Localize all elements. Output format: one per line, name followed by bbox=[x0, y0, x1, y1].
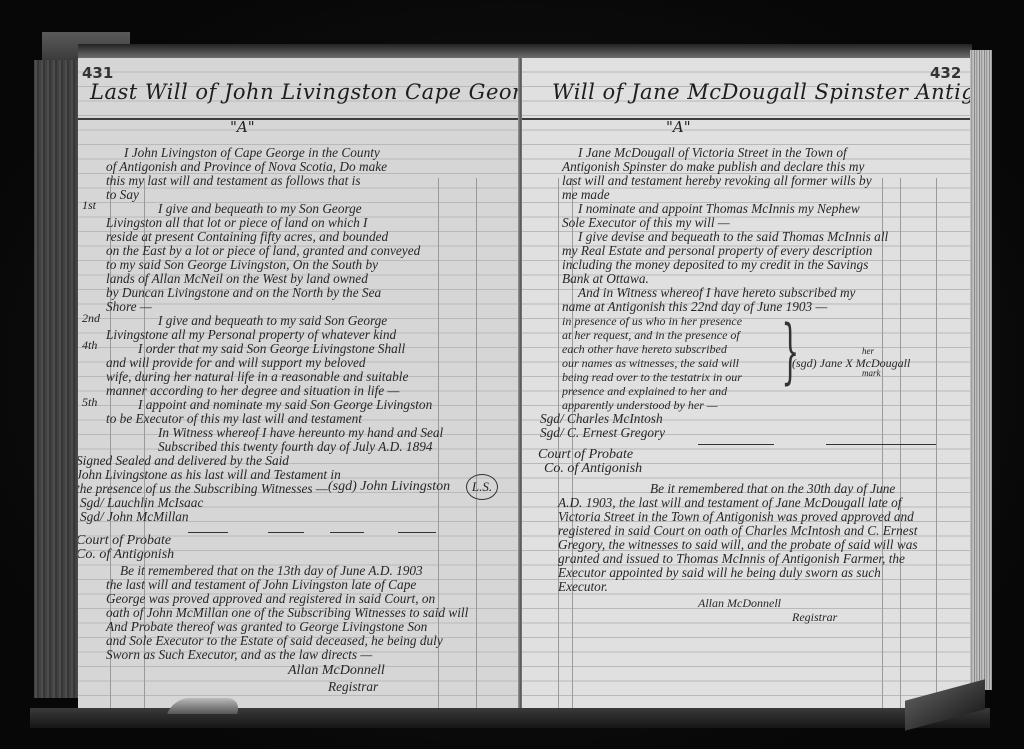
testator-signature: (sgd) John Livingston bbox=[328, 480, 450, 495]
attestation-line: each other have hereto subscribed bbox=[562, 342, 727, 357]
divider bbox=[188, 532, 228, 533]
court-heading: Co. of Antigonish bbox=[78, 548, 174, 563]
left-page-stack bbox=[34, 60, 79, 698]
section-mark: "A" bbox=[230, 118, 255, 136]
section-mark: "A" bbox=[666, 118, 691, 136]
divider bbox=[826, 444, 936, 445]
witness-signature: Sgd/ C. Ernest Gregory bbox=[540, 426, 665, 441]
margin-note: 5th bbox=[82, 395, 97, 410]
margin-note: 2nd bbox=[82, 311, 100, 326]
margin-note: 4th bbox=[82, 338, 97, 353]
seal-mark: L.S. bbox=[466, 474, 498, 500]
column-line bbox=[438, 178, 439, 708]
text-line: to Say bbox=[106, 188, 139, 203]
attestation-line: being read over to the testatrix in our bbox=[562, 370, 742, 385]
right-page: 432 Will of Jane McDougall Spinster Anti… bbox=[522, 58, 972, 708]
text-line: this my last will and testament as follo… bbox=[106, 174, 361, 189]
registrar-signature: Allan McDonnell bbox=[698, 596, 781, 611]
mark-label: her bbox=[862, 346, 874, 356]
divider bbox=[698, 444, 774, 445]
attestation-line: in presence of us who in her presence bbox=[562, 314, 742, 329]
page-title: Will of Jane McDougall Spinster Antigoni… bbox=[552, 80, 972, 104]
text-line: Shore — bbox=[106, 300, 152, 315]
attestation-line: presence and explained to her and bbox=[562, 384, 727, 399]
title-rule bbox=[78, 118, 520, 120]
right-page-stack bbox=[970, 50, 992, 690]
divider bbox=[268, 532, 304, 533]
margin-note: 1st bbox=[82, 198, 96, 213]
title-rule bbox=[522, 118, 972, 120]
registrar-title: Registrar bbox=[792, 610, 837, 625]
column-line bbox=[882, 178, 883, 708]
registrar-title: Registrar bbox=[328, 680, 378, 695]
mark-label: mark bbox=[862, 368, 881, 378]
attestation-line: our names as witnesses, the said will bbox=[562, 356, 739, 371]
witness-signature: Sgd/ John McMillan bbox=[80, 510, 189, 525]
divider bbox=[330, 532, 364, 533]
margin-line bbox=[558, 178, 559, 708]
testator-signature: (sgd) Jane X McDougall bbox=[792, 356, 910, 371]
page-title: Last Will of John Livingston Cape George bbox=[90, 80, 520, 104]
page-clip bbox=[167, 698, 243, 714]
column-line bbox=[900, 178, 901, 708]
registrar-signature: Allan McDonnell bbox=[288, 664, 385, 679]
column-line bbox=[476, 178, 477, 708]
brace: } bbox=[781, 316, 799, 386]
court-heading: Co. of Antigonish bbox=[544, 462, 642, 477]
column-line bbox=[936, 178, 937, 708]
probate-line: Sworn as Such Executor, and as the law d… bbox=[106, 648, 372, 663]
divider bbox=[398, 532, 436, 533]
probate-line: Executor. bbox=[558, 580, 608, 595]
left-page: 431 Last Will of John Livingston Cape Ge… bbox=[78, 58, 520, 708]
attestation-line: at her request, and in the presence of bbox=[562, 328, 740, 343]
